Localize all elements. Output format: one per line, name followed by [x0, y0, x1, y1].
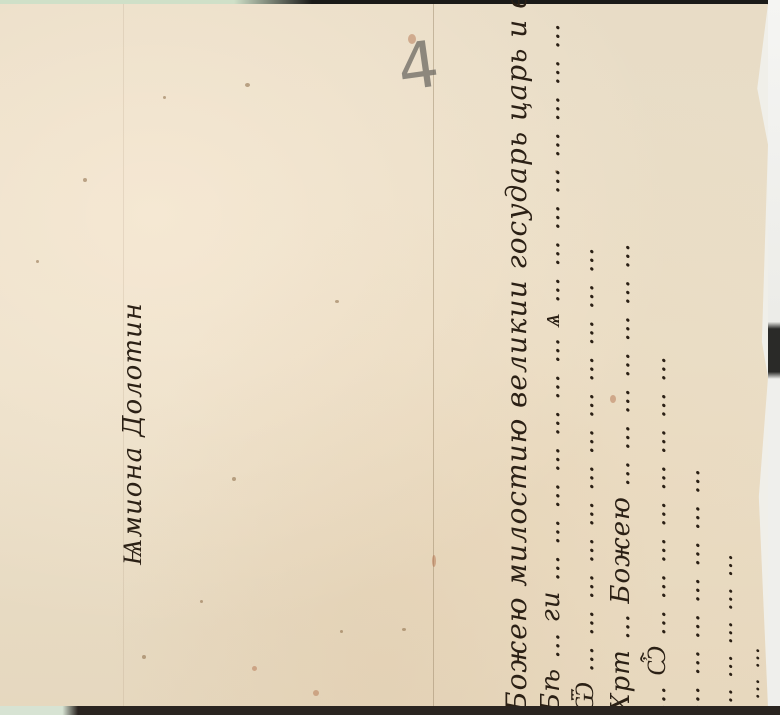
manuscript-line-7: … … … … …: [710, 552, 738, 712]
paper-speck: [340, 630, 343, 633]
fold-line: [433, 4, 434, 708]
paper-speck: [163, 96, 166, 99]
scan-right-edge: [768, 0, 780, 715]
scan-bottom-edge: [0, 706, 780, 715]
manuscript-line-3: Ѿ … … … … … … … … … … … …: [570, 246, 600, 712]
paper-speck: [83, 178, 87, 182]
manuscript-line-8: … …: [740, 646, 765, 700]
paper-speck: [335, 300, 339, 303]
stain: [252, 666, 257, 671]
endorsement-text: Ѩмиона Долотин: [118, 302, 148, 565]
manuscript-line-1: Божею милостию великии государь царь и в…: [500, 0, 533, 712]
manuscript-line-2: Бѣ … ги … … … … … … … ѧ … … … … … … … …: [536, 22, 566, 712]
paper-speck: [245, 83, 250, 87]
stain: [432, 555, 436, 567]
paper-speck: [36, 260, 39, 263]
manuscript-line-6: … … … … … … …: [676, 467, 706, 712]
stain: [313, 690, 319, 696]
manuscript-line-4: Хрт … Божею … … … … … … …: [606, 242, 636, 712]
paper-speck: [402, 628, 406, 631]
manuscript-line-5: … Ѽ … … … … … … … …: [642, 355, 672, 712]
paper-speck: [232, 477, 236, 481]
paper-speck: [142, 655, 146, 659]
paper-speck: [200, 600, 203, 603]
